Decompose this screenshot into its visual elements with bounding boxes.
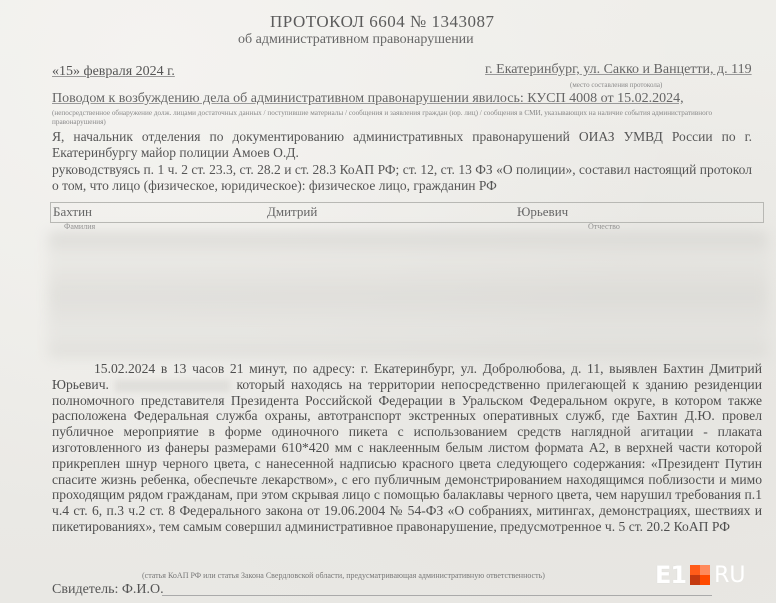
case-reason: Поводом к возбуждению дела об администра… [52,91,684,107]
middle-name-label: Отчество [588,222,620,231]
logo-square-icon [690,565,710,585]
logo-ru-text: RU [714,563,745,588]
protocol-date: «15» февраля 2024 г. [52,64,175,80]
redacted-personal-data [48,232,768,358]
violation-text-rest: который находясь на территории непосредс… [52,377,762,534]
person-name-row: Бахтин Дмитрий Юрьевич [50,202,764,223]
witness-label: Свидетель: Ф.И.О. [52,582,164,598]
officer-paragraph: Я, начальник отделения по документирован… [52,129,752,161]
protocol-place: г. Екатеринбург, ул. Сакко и Ванцетти, д… [485,62,752,78]
first-name-field: Дмитрий [265,203,515,222]
legal-basis-paragraph: руководствуясь п. 1 ч. 2 ст. 23.3, ст. 2… [52,162,752,194]
violation-description: 15.02.2024 в 13 часов 21 минут, по адрес… [52,361,762,535]
witness-signature-line [162,595,712,596]
redacted-inline [115,380,230,392]
e1-watermark-logo: E1 RU [655,561,745,589]
protocol-subtitle: об административном правонарушении [238,32,474,48]
last-name-label: Фамилия [64,222,95,231]
place-hint: (место составления протокола) [570,81,662,89]
article-hint: (статья КоАП РФ или статья Закона Свердл… [142,571,545,580]
case-reason-hint: (непосредственное обнаружение долж. лица… [52,109,752,127]
protocol-title: ПРОТОКОЛ 6604 № 1343087 [270,12,495,32]
middle-name-field: Юрьевич [515,203,763,222]
logo-e1-text: E1 [655,561,686,589]
last-name-field: Бахтин [51,203,265,222]
